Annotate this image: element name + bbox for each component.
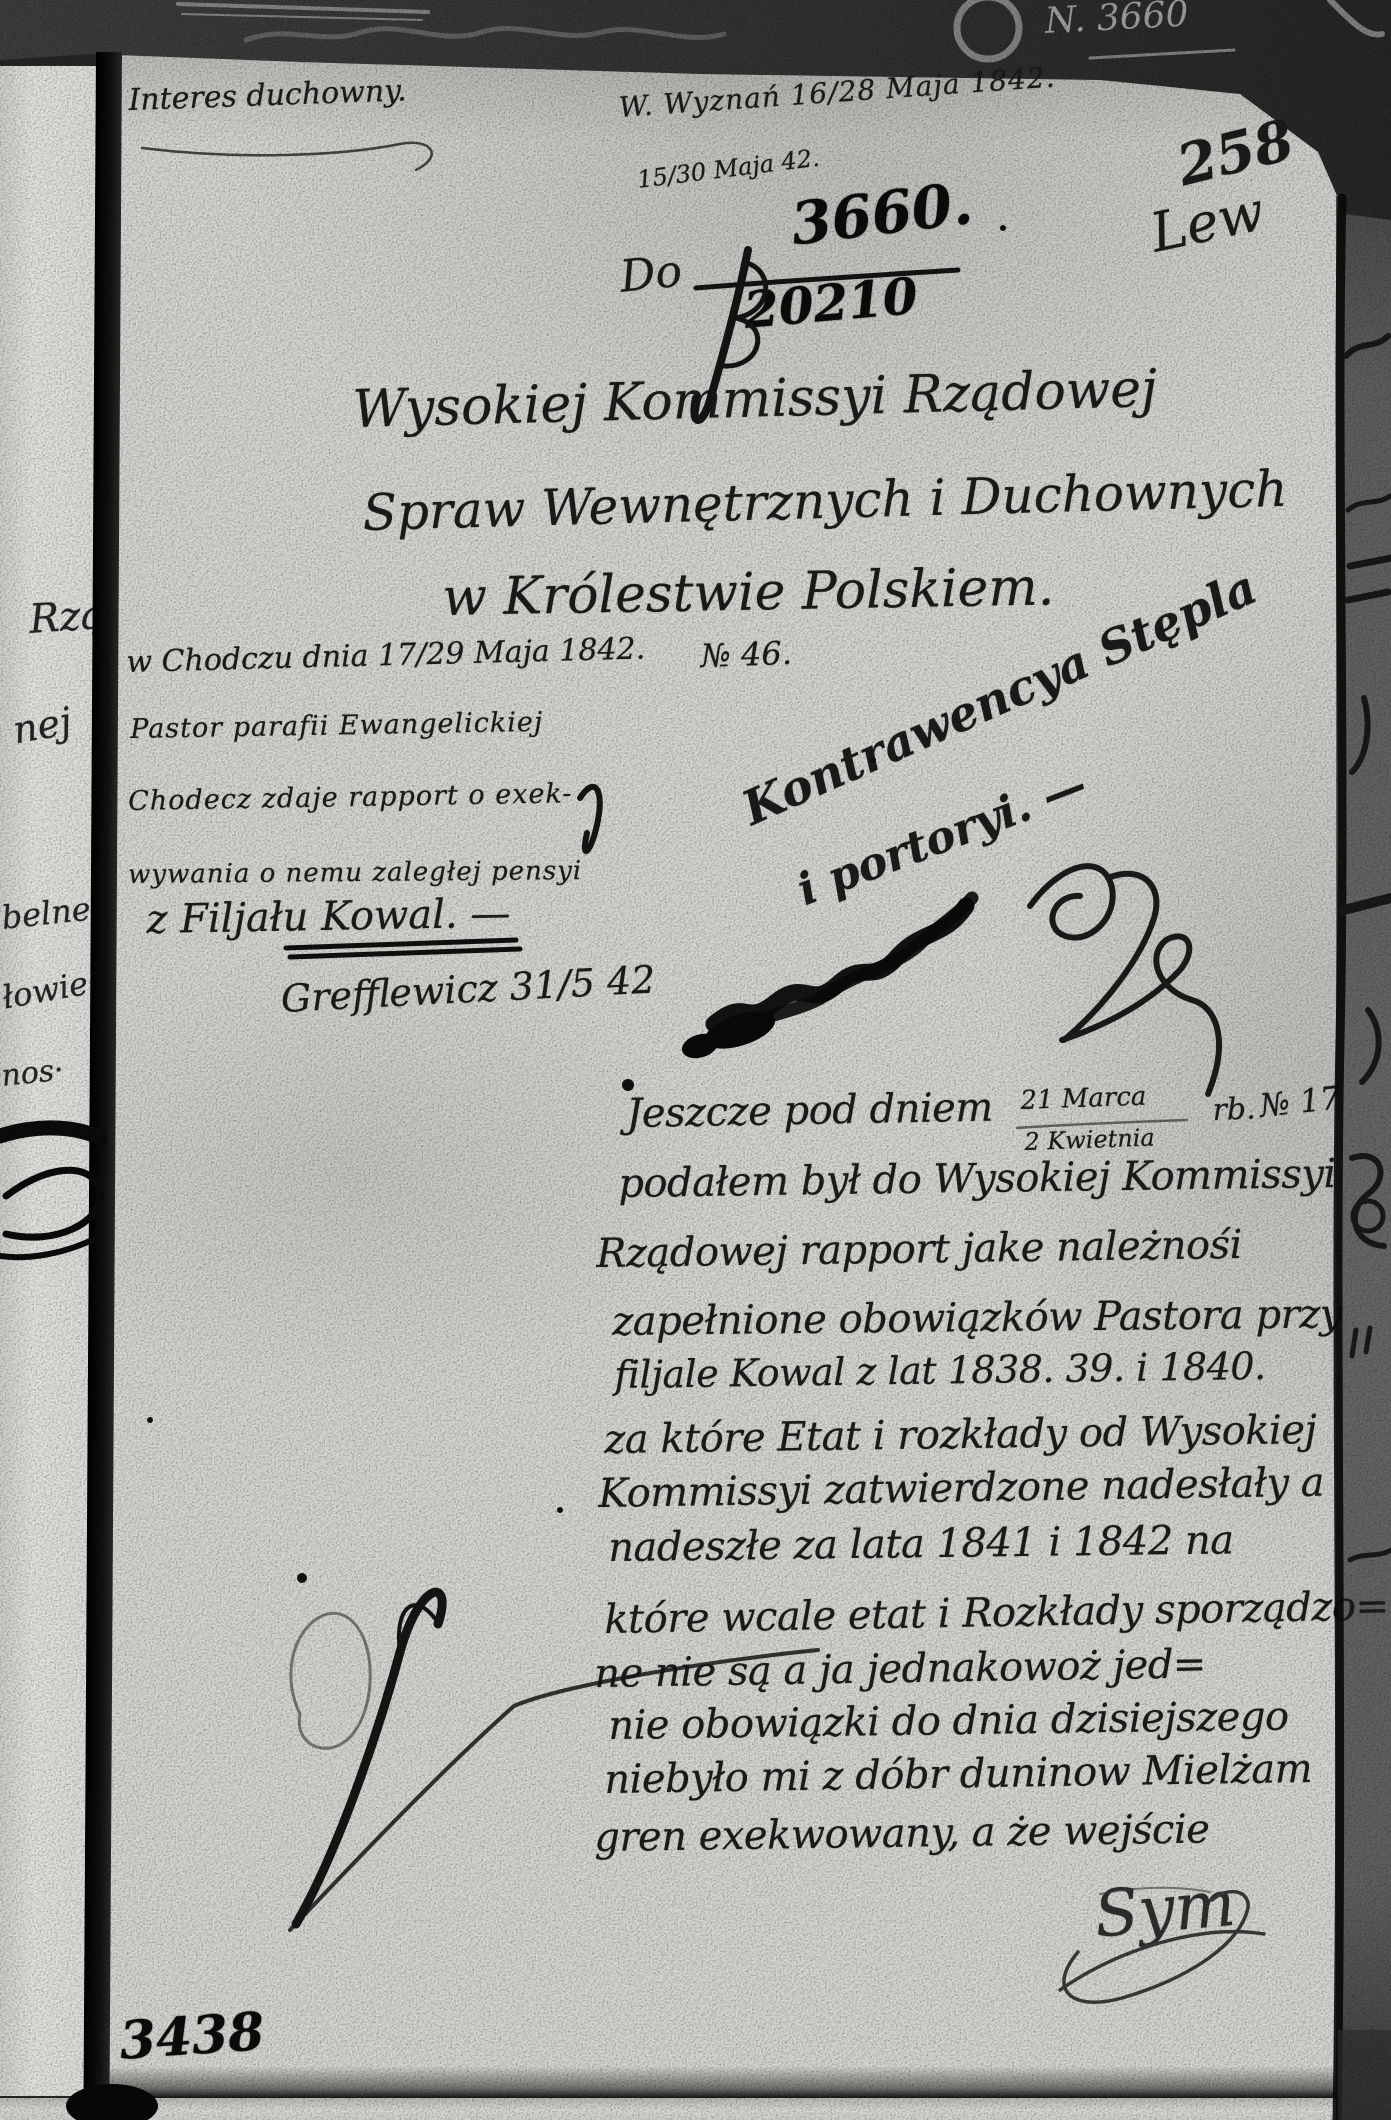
body-line: Rządowej rapport jake należnośi bbox=[596, 1225, 1242, 1274]
body-line: Kommissyi zatwierdzone nadesłały a bbox=[598, 1463, 1324, 1514]
summary-line: Pastor parafii Ewangelickiej bbox=[130, 709, 543, 743]
body-line: podałem był do Wysokiej Kommissyi bbox=[618, 1154, 1336, 1204]
body-line: filjale Kowal z lat 1838. 39. i 1840. bbox=[614, 1347, 1266, 1394]
inserted-date-bottom: 2 Kwietnia bbox=[1024, 1125, 1155, 1154]
underlying-page-bottom bbox=[0, 2098, 1340, 2120]
signature: Sym bbox=[1092, 1872, 1238, 1948]
left-margin-fragment: belne bbox=[0, 893, 92, 934]
summary-line: Chodecz zdaje rapport o exek- bbox=[128, 780, 573, 815]
left-margin-fragment: nej bbox=[10, 702, 74, 750]
bottom-page-number: 3438 bbox=[118, 2006, 266, 2068]
inserted-date-top: 21 Marca bbox=[1020, 1084, 1147, 1114]
body-line: niebyło mi z dóbr duninow Mielżam bbox=[604, 1749, 1312, 1800]
body-line: nadeszłe za lata 1841 i 1842 na bbox=[608, 1520, 1234, 1568]
summary-number: № 46. bbox=[700, 637, 792, 672]
top-margin-number: N. 3660 bbox=[1044, 0, 1189, 40]
do-label: Do bbox=[618, 250, 684, 300]
body-line: nie obowiązki do dnia dzisiejszego bbox=[608, 1697, 1289, 1746]
rb-abbreviation: rb. bbox=[1212, 1094, 1256, 1125]
adjacent-page-right bbox=[1336, 196, 1391, 2120]
body-line: ne nie są a ja jednakowoż jed= bbox=[594, 1644, 1206, 1694]
left-margin-fragment: łowie, bbox=[0, 965, 100, 1013]
body-line: za które Etat i rozkłady od Wysokiej bbox=[604, 1410, 1317, 1460]
body-line-first: Jeszcze pod dniem bbox=[626, 1088, 993, 1134]
address-line: w Królestwie Polskiem. bbox=[442, 561, 1055, 624]
left-margin-fragment: nos· bbox=[0, 1055, 65, 1091]
register-number-denominator: 20210 bbox=[742, 271, 920, 336]
scanned-archival-letter: Rzą nej belne łowie, nos· N. 3660 Intere… bbox=[0, 0, 1391, 2120]
body-line: zapełnione obowiązków Pastora przy bbox=[612, 1294, 1342, 1342]
summary-line: z Filjału Kowal. — bbox=[146, 894, 511, 940]
page-bottom-shadow bbox=[104, 2066, 1344, 2098]
body-line: gren exekwowany, a że wejście bbox=[594, 1809, 1210, 1858]
summary-line: wywania o nemu zaległej pensyi bbox=[128, 858, 582, 888]
reference-number: № 17 bbox=[1258, 1082, 1342, 1122]
